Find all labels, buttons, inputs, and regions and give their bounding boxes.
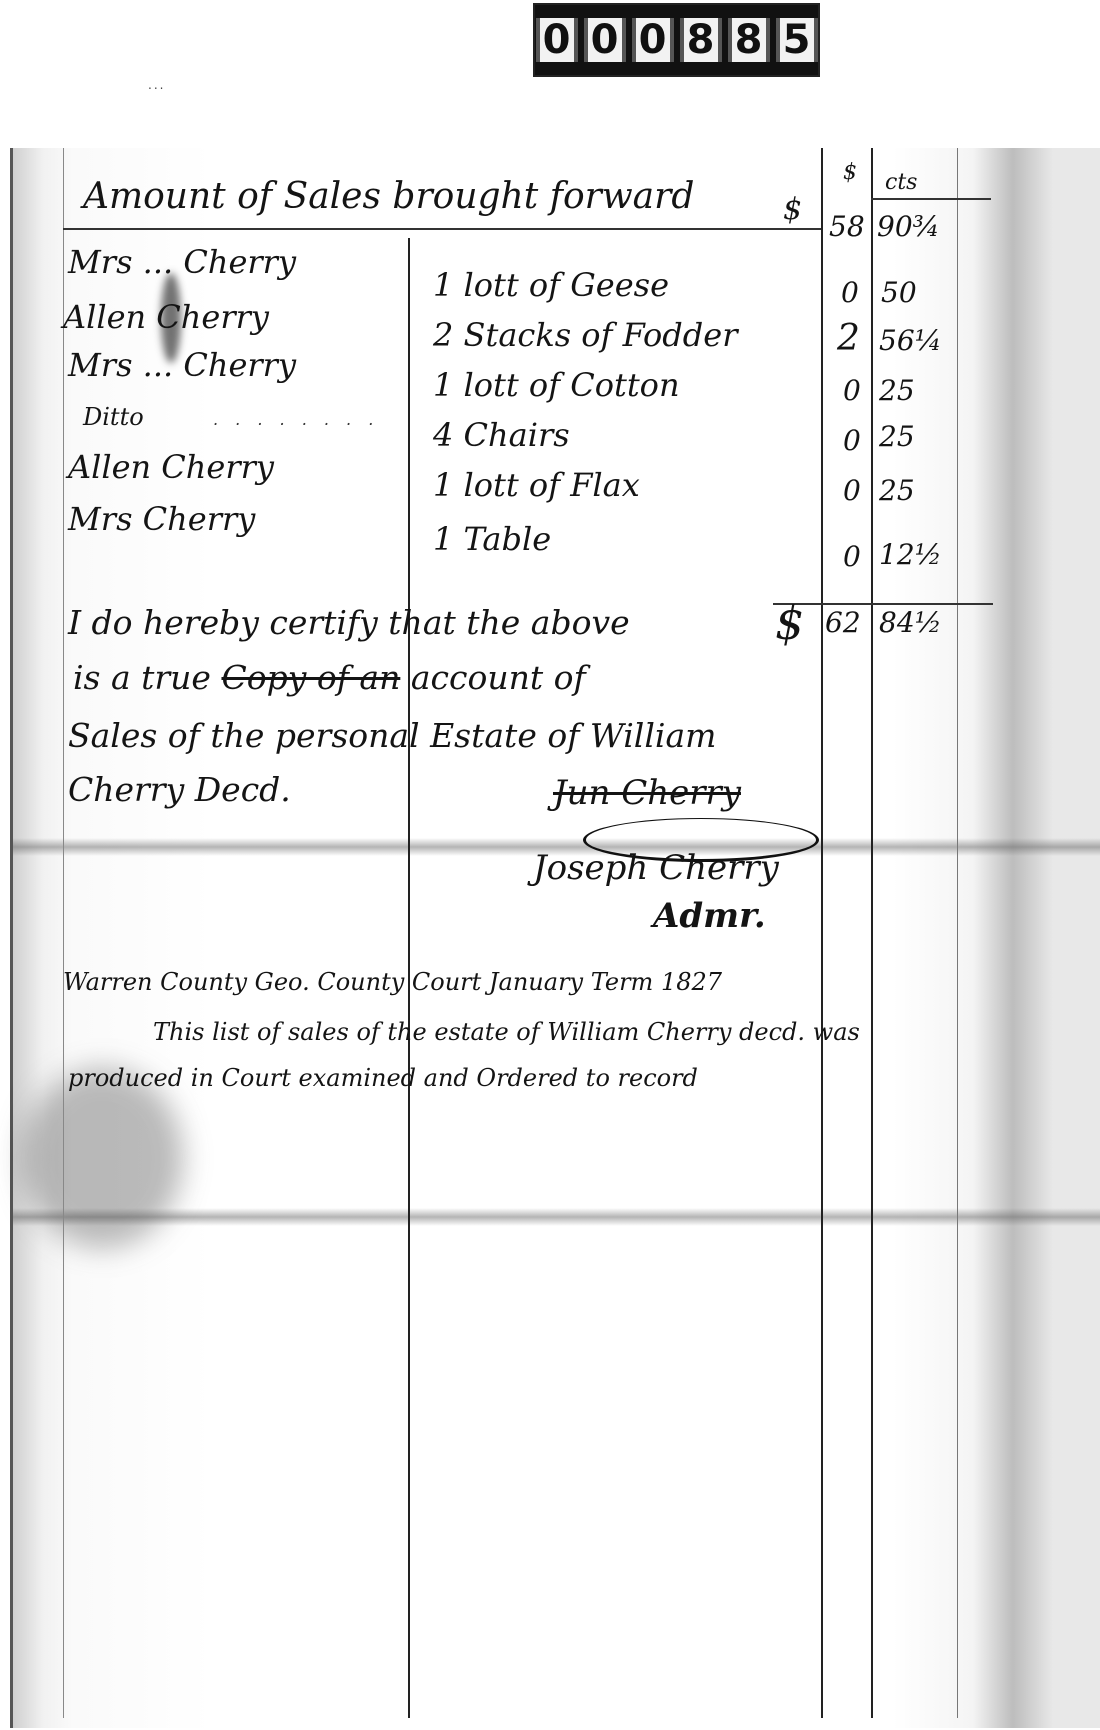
- row-dollars: 2: [837, 318, 860, 359]
- row-cents: 50: [881, 276, 917, 309]
- row-item: 1 lott of Cotton: [433, 366, 680, 404]
- signature-title: Admr.: [653, 896, 766, 936]
- cert-text: is a true: [73, 658, 211, 697]
- row-cents: 25: [879, 420, 915, 453]
- leader-dots: . . . . . . . .: [213, 410, 379, 429]
- total-cents: 84½: [879, 606, 942, 639]
- court-note-line-2: This list of sales of the estate of Will…: [153, 1018, 860, 1046]
- margin-rule: [63, 148, 64, 1718]
- header-rule-right: [871, 198, 991, 200]
- certification-line-4: Cherry Decd.: [68, 770, 291, 809]
- row-dollars: 0: [843, 540, 861, 573]
- row-item: 4 Chairs: [433, 416, 570, 454]
- stamp-digit: 8: [680, 18, 722, 62]
- row-cents: 25: [879, 374, 915, 407]
- certification-line-1: I do hereby certify that the above: [68, 603, 630, 642]
- dollars-column-rule: [821, 148, 823, 1718]
- row-dollars: 0: [843, 424, 861, 457]
- court-note-line-3: produced in Court examined and Ordered t…: [68, 1064, 698, 1092]
- signature-name: Joseph Cherry: [533, 848, 779, 888]
- stamp-digit: 0: [584, 18, 626, 62]
- row-item: 2 Stacks of Fodder: [433, 316, 738, 354]
- stamp-digit: 0: [632, 18, 674, 62]
- row-buyer: Mrs Cherry: [68, 500, 255, 538]
- ledger-page: Amount of Sales brought forward $ $ cts …: [10, 148, 1100, 1728]
- stain: [23, 1068, 183, 1248]
- row-cents: 12½: [879, 538, 942, 571]
- dollars-column-header: $: [843, 160, 857, 185]
- row-buyer: Ditto: [83, 403, 144, 431]
- header-rule: [63, 228, 821, 230]
- row-dollars: 0: [841, 276, 859, 309]
- row-item: 1 Table: [433, 520, 551, 558]
- stamp-digit: 0: [536, 18, 578, 62]
- row-dollars: 0: [843, 474, 861, 507]
- scan-mark: ...: [148, 78, 165, 92]
- row-buyer: Mrs ... Cherry: [68, 346, 296, 384]
- ledger-heading: Amount of Sales brought forward: [83, 176, 694, 217]
- struck-signature: Jun Cherry: [553, 773, 741, 813]
- row-item: 1 lott of Flax: [433, 466, 640, 504]
- heading-currency-mark: $: [783, 192, 802, 227]
- document-number-stamp: 0 0 0 8 8 5: [533, 3, 820, 77]
- row-dollars: 0: [843, 374, 861, 407]
- row-cents: 56¼: [879, 324, 942, 357]
- total-rule: [773, 603, 993, 605]
- brought-forward-cents: 90¾: [877, 210, 940, 243]
- certification-line-3: Sales of the personal Estate of William: [68, 716, 716, 755]
- row-cents: 25: [879, 474, 915, 507]
- certification-line-2: is a true Copy of an account of: [73, 658, 586, 697]
- brought-forward-dollars: 58: [829, 210, 865, 243]
- cents-column-rule: [871, 148, 873, 1718]
- stamp-digit: 5: [776, 18, 818, 62]
- cert-text: account of: [411, 658, 586, 697]
- total-currency-mark: $: [775, 596, 804, 650]
- row-buyer: Mrs ... Cherry: [68, 243, 296, 281]
- cert-struck-text: Copy of an: [221, 658, 400, 697]
- court-note-line-1: Warren County Geo. County Court January …: [63, 968, 722, 996]
- row-buyer: Allen Cherry: [68, 448, 274, 486]
- cents-column-header: cts: [885, 170, 917, 195]
- row-buyer: Allen Cherry: [63, 298, 269, 336]
- fold-crease: [13, 1208, 1100, 1226]
- row-item: 1 lott of Geese: [433, 266, 669, 304]
- right-margin-rule: [957, 148, 958, 1718]
- total-dollars: 62: [825, 606, 861, 639]
- stamp-digit: 8: [728, 18, 770, 62]
